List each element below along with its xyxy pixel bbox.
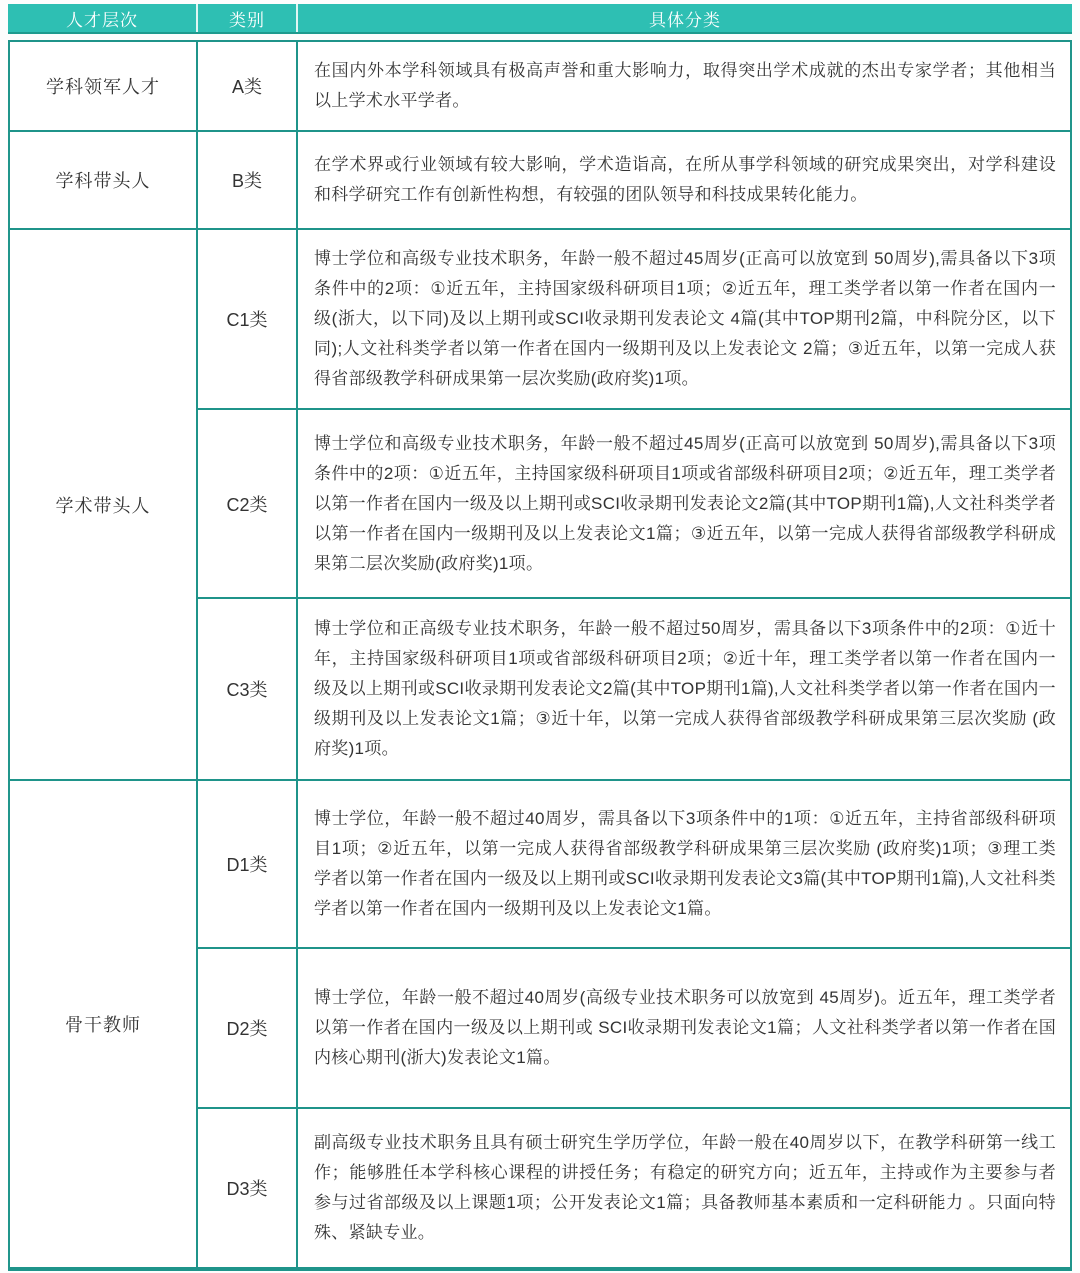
level-cell-b: 学科带头人 [9, 131, 197, 229]
category-cell-d2: D2类 [197, 948, 297, 1108]
category-cell-d3: D3类 [197, 1108, 297, 1269]
level-cell-d-group: 骨干教师 [9, 780, 197, 1269]
category-cell-c3: C3类 [197, 598, 297, 780]
description-cell-b: 在学术界或行业领域有较大影响，学术造诣高，在所从事学科领域的研究成果突出，对学科… [297, 131, 1071, 229]
table-row-c1: 学术带头人 C1类 博士学位和高级专业技术职务，年龄一般不超过45周岁(正高可以… [9, 229, 1071, 409]
level-cell-c-group: 学术带头人 [9, 229, 197, 780]
description-cell-c1: 博士学位和高级专业技术职务，年龄一般不超过45周岁(正高可以放宽到 50周岁),… [297, 229, 1071, 409]
table-row-a: 学科领军人才 A类 在国内外本学科领域具有极高声誉和重大影响力，取得突出学术成就… [9, 41, 1071, 131]
level-cell-a: 学科领军人才 [9, 41, 197, 131]
description-cell-d2: 博士学位，年龄一般不超过40周岁(高级专业技术职务可以放宽到 45周岁)。近五年… [297, 948, 1071, 1108]
description-cell-d1: 博士学位，年龄一般不超过40周岁，需具备以下3项条件中的1项：①近五年，主持省部… [297, 780, 1071, 948]
table-row-d1: 骨干教师 D1类 博士学位，年龄一般不超过40周岁，需具备以下3项条件中的1项：… [9, 780, 1071, 948]
category-cell-b: B类 [197, 131, 297, 229]
talent-classification-table: 学科领军人才 A类 在国内外本学科领域具有极高声誉和重大影响力，取得突出学术成就… [8, 40, 1072, 1271]
category-cell-d1: D1类 [197, 780, 297, 948]
description-cell-d3: 副高级专业技术职务且具有硕士研究生学历学位，年龄一般在40周岁以下，在教学科研第… [297, 1108, 1071, 1269]
header-cell-talent-level: 人才层次 [8, 4, 196, 32]
table-row-b: 学科带头人 B类 在学术界或行业领域有较大影响，学术造诣高，在所从事学科领域的研… [9, 131, 1071, 229]
category-cell-a: A类 [197, 41, 297, 131]
description-cell-c2: 博士学位和高级专业技术职务，年龄一般不超过45周岁(正高可以放宽到 50周岁),… [297, 409, 1071, 598]
table-header-row: 人才层次 类别 具体分类 [8, 4, 1072, 34]
description-cell-c3: 博士学位和正高级专业技术职务，年龄一般不超过50周岁，需具备以下3项条件中的2项… [297, 598, 1071, 780]
description-cell-a: 在国内外本学科领域具有极高声誉和重大影响力，取得突出学术成就的杰出专家学者；其他… [297, 41, 1071, 131]
category-cell-c1: C1类 [197, 229, 297, 409]
header-cell-classification: 具体分类 [296, 4, 1072, 32]
category-cell-c2: C2类 [197, 409, 297, 598]
talent-classification-page: 人才层次 类别 具体分类 学科领军人才 A类 在国内外本学科领域具有极高声誉和重… [0, 0, 1080, 1273]
header-cell-category: 类别 [196, 4, 296, 32]
